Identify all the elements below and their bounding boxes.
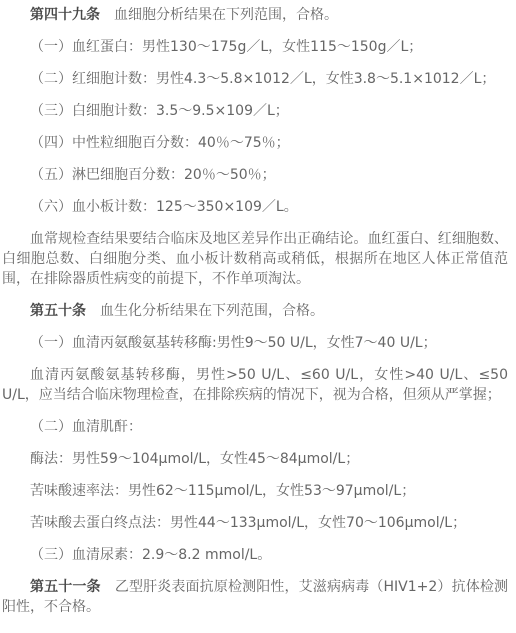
article-49-number: 第四十九条 (30, 7, 100, 23)
article-49-intro: 第四十九条 血细胞分析结果在下列范围，合格。 (2, 5, 508, 25)
paragraph-text: （一）血红蛋白：男性130～175g／L，女性115～150g／L； (30, 39, 422, 55)
paragraph-text: 苦味酸去蛋白终点法：男性44～133μmol/L，女性70～106μmol/L； (30, 515, 466, 531)
article-50-number: 第五十条 (30, 303, 86, 319)
article-49-note: 血常规检查结果要结合临床及地区差异作出正确结论。血红蛋白、红细胞数、白细胞总数、… (2, 229, 508, 289)
article-51-number: 第五十一条 (30, 579, 101, 595)
article-50-item-1: （一）血清丙氨酸氨基转移酶:男性9～50 U/L，女性7～40 U/L； (2, 333, 508, 353)
paragraph-text: 苦味酸速率法：男性62～115μmol/L，女性53～97μmol/L； (30, 483, 415, 499)
article-49-item-2: （二）红细胞计数：男性4.3～5.8×1012／L，女性3.8～5.1×1012… (2, 69, 508, 89)
article-49-item-5: （五）淋巴细胞百分数：20％～50％； (2, 165, 508, 185)
article-50-intro: 第五十条 血生化分析结果在下列范围，合格。 (2, 301, 508, 321)
paragraph-text: （二）血清肌酐： (30, 419, 142, 435)
paragraph-text: （三）白细胞计数：3.5～9.5×109／L； (30, 103, 289, 119)
paragraph-text: （四）中性粒细胞百分数：40％～75％； (30, 135, 290, 151)
article-49-item-6: （六）血小板计数：125～350×109／L。 (2, 197, 508, 217)
article-49-item-3: （三）白细胞计数：3.5～9.5×109／L； (2, 101, 508, 121)
paragraph-text: （二）红细胞计数：男性4.3～5.8×1012／L，女性3.8～5.1×1012… (30, 71, 495, 87)
article-50-item-2: （二）血清肌酐： (2, 417, 508, 437)
paragraph-text: （三）血清尿素：2.9～8.2 mmol/L。 (30, 547, 271, 563)
paragraph-text: 血细胞分析结果在下列范围，合格。 (100, 7, 338, 23)
paragraph-text: （五）淋巴细胞百分数：20％～50％； (30, 167, 276, 183)
paragraph-text: 血清丙氨酸氨基转移酶，男性>50 U/L、≤60 U/L，女性>40 U/L、≤… (2, 367, 508, 403)
article-50-item-2-method-1: 酶法：男性59～104μmol/L，女性45～84μmol/L； (2, 449, 508, 469)
paragraph-text: 血生化分析结果在下列范围，合格。 (86, 303, 324, 319)
article-49-item-4: （四）中性粒细胞百分数：40％～75％； (2, 133, 508, 153)
paragraph-text: （六）血小板计数：125～350×109／L。 (30, 199, 298, 215)
article-50-item-1-note: 血清丙氨酸氨基转移酶，男性>50 U/L、≤60 U/L，女性>40 U/L、≤… (2, 365, 508, 405)
article-49-item-1: （一）血红蛋白：男性130～175g／L，女性115～150g／L； (2, 37, 508, 57)
article-50-item-2-method-2: 苦味酸速率法：男性62～115μmol/L，女性53～97μmol/L； (2, 481, 508, 501)
paragraph-text: 酶法：男性59～104μmol/L，女性45～84μmol/L； (30, 451, 359, 467)
regulation-document-body: 第四十九条 血细胞分析结果在下列范围，合格。 （一）血红蛋白：男性130～175… (0, 0, 516, 627)
article-51: 第五十一条 乙型肝炎表面抗原检测阳性，艾滋病病毒（HIV1+2）抗体检测阳性，不… (2, 577, 508, 617)
paragraph-text: 血常规检查结果要结合临床及地区差异作出正确结论。血红蛋白、红细胞数、白细胞总数、… (2, 231, 508, 287)
article-50-item-2-method-3: 苦味酸去蛋白终点法：男性44～133μmol/L，女性70～106μmol/L； (2, 513, 508, 533)
paragraph-text: （一）血清丙氨酸氨基转移酶:男性9～50 U/L，女性7～40 U/L； (30, 335, 437, 351)
article-50-item-3: （三）血清尿素：2.9～8.2 mmol/L。 (2, 545, 508, 565)
